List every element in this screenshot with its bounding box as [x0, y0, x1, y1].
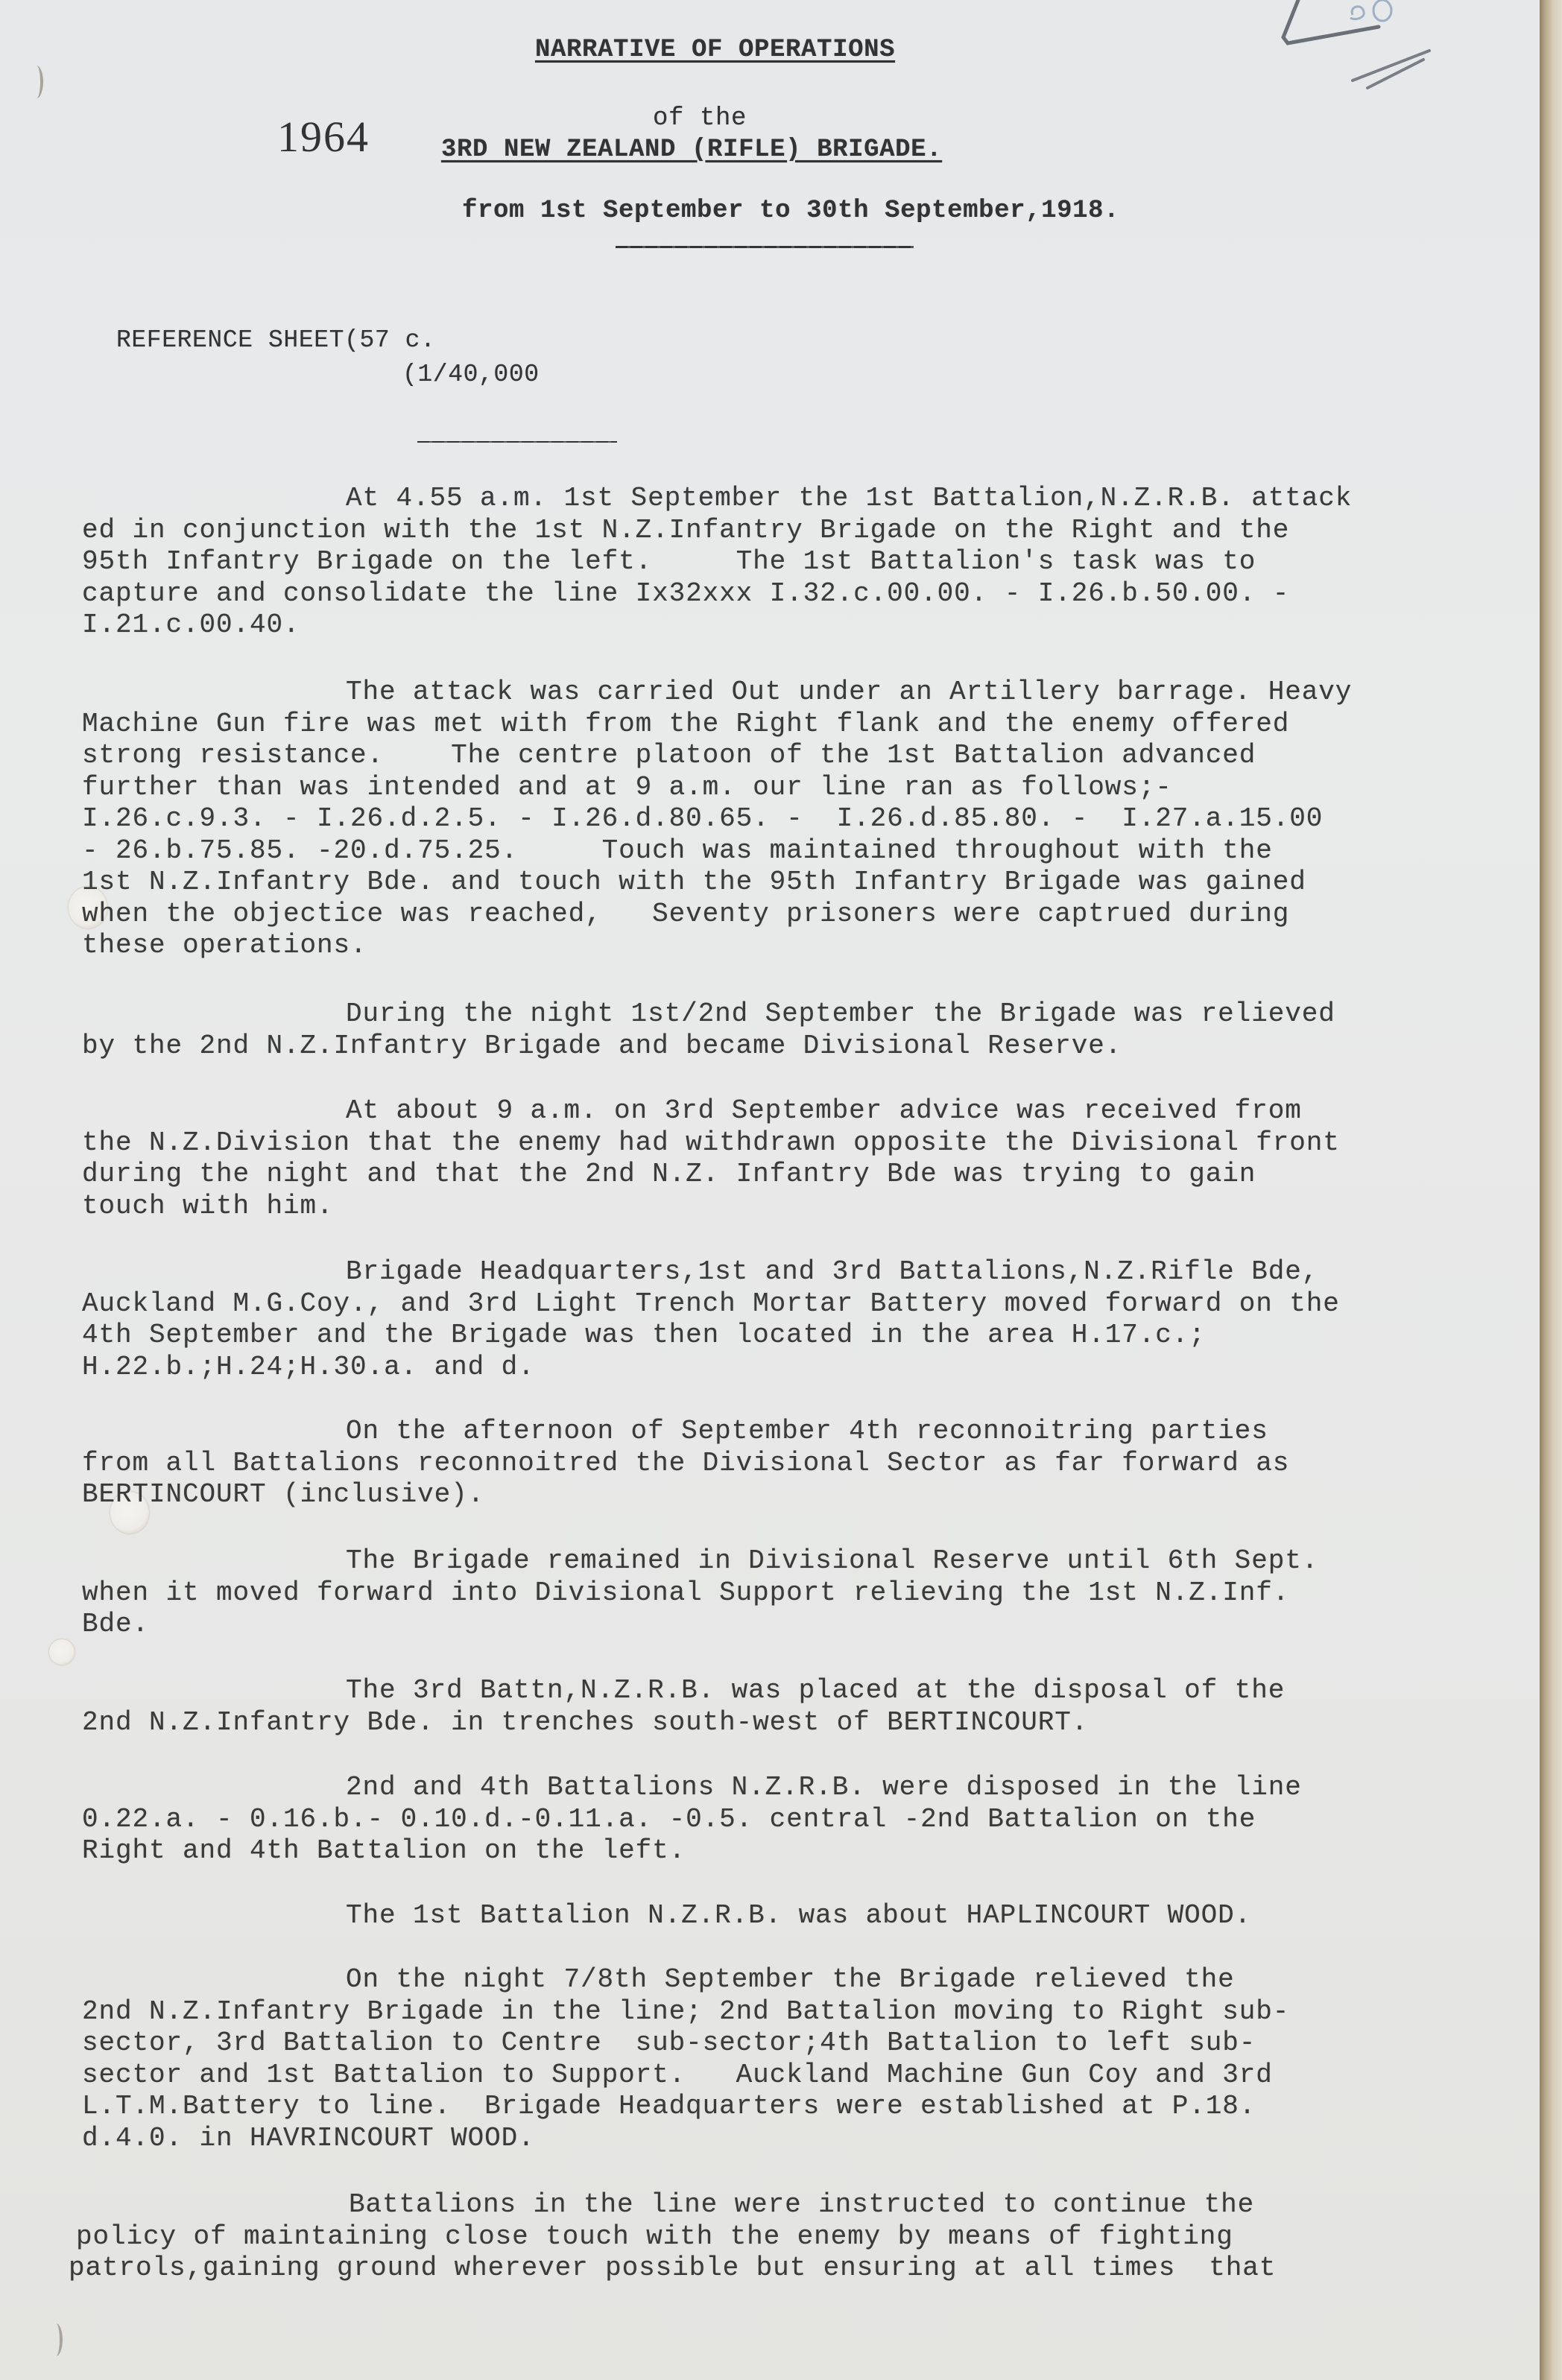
- text-line: At about 9 a.m. on 3rd September advice …: [82, 1095, 1520, 1127]
- paragraph-relief-1st-2nd: During the night 1st/2nd September the B…: [82, 998, 1520, 1062]
- text-line: d.4.0. in HAVRINCOURT WOOD.: [82, 2123, 1520, 2155]
- paragraph-2nd-4th-battalions: 2nd and 4th Battalions N.Z.R.B. were dis…: [82, 1772, 1520, 1867]
- text-line: Right and 4th Battalion on the left.: [82, 1835, 1520, 1867]
- pencil-annotation-icon: [1267, 0, 1461, 97]
- text-line: by the 2nd N.Z.Infantry Brigade and beca…: [82, 1031, 1520, 1063]
- text-line: 2nd N.Z.Infantry Brigade in the line; 2n…: [82, 1996, 1520, 2028]
- text-line: these operations.: [82, 930, 1520, 962]
- text-line: when the objectice was reached, Seventy …: [82, 899, 1520, 931]
- text-line: policy of maintaining close touch with t…: [69, 2221, 1507, 2253]
- text-line: during the night and that the 2nd N.Z. I…: [82, 1159, 1520, 1191]
- document-number: 1964: [277, 112, 370, 162]
- text-line: 95th Infantry Brigade on the left. The 1…: [82, 546, 1520, 578]
- paragraph-divisional-support: The Brigade remained in Divisional Reser…: [82, 1545, 1520, 1641]
- text-line: 0.22.a. - 0.16.b.- 0.10.d.-0.11.a. -0.5.…: [82, 1804, 1520, 1836]
- text-line: The 3rd Battn,N.Z.R.B. was placed at the…: [82, 1675, 1520, 1707]
- paragraph-1st-battalion: The 1st Battalion N.Z.R.B. was about HAP…: [82, 1900, 1520, 1932]
- text-line: from all Battalions reconnoitred the Div…: [82, 1448, 1520, 1480]
- text-line: On the afternoon of September 4th reconn…: [82, 1416, 1520, 1448]
- text-line: sector and 1st Battalion to Support. Auc…: [82, 2060, 1520, 2092]
- text-line: 1st N.Z.Infantry Bde. and touch with the…: [82, 867, 1520, 899]
- text-line: when it moved forward into Divisional Su…: [82, 1577, 1520, 1610]
- paragraph-night-7-8: On the night 7/8th September the Brigade…: [82, 1964, 1520, 2154]
- paragraph-reconnaissance: On the afternoon of September 4th reconn…: [82, 1416, 1520, 1511]
- text-line: I.21.c.00.40.: [82, 610, 1520, 642]
- paragraph-enemy-withdrawal: At about 9 a.m. on 3rd September advice …: [82, 1095, 1520, 1222]
- text-line: Auckland M.G.Coy., and 3rd Light Trench …: [82, 1288, 1520, 1320]
- punch-mark-top: [30, 66, 43, 98]
- text-line: BERTINCOURT (inclusive).: [82, 1479, 1520, 1511]
- document-title: NARRATIVE OF OPERATIONS: [535, 34, 895, 66]
- paragraph-battalion-instructions: Battalions in the line were instructed t…: [69, 2189, 1507, 2285]
- paragraph-3rd-battalion: The 3rd Battn,N.Z.R.B. was placed at the…: [82, 1675, 1520, 1738]
- date-range: from 1st September to 30th September,191…: [462, 195, 1119, 227]
- text-line: Battalions in the line were instructed t…: [69, 2189, 1507, 2221]
- text-line: I.26.c.9.3. - I.26.d.2.5. - I.26.d.80.65…: [82, 803, 1520, 835]
- text-line: Bde.: [82, 1609, 1520, 1641]
- document-page: NARRATIVE OF OPERATIONS 1964 of the 3RD …: [0, 0, 1540, 2380]
- unit-name: 3RD NEW ZEALAND (RIFLE) BRIGADE.: [441, 134, 942, 165]
- text-line: 2nd and 4th Battalions N.Z.R.B. were dis…: [82, 1772, 1520, 1804]
- text-line: At 4.55 a.m. 1st September the 1st Batta…: [82, 483, 1520, 515]
- header-divider: [616, 246, 914, 248]
- paragraph-hq-move: Brigade Headquarters,1st and 3rd Battali…: [82, 1256, 1520, 1383]
- text-line: further than was intended and at 9 a.m. …: [82, 772, 1520, 804]
- text-line: the N.Z.Division that the enemy had with…: [82, 1127, 1520, 1159]
- text-line: On the night 7/8th September the Brigade…: [82, 1964, 1520, 1996]
- text-line: 2nd N.Z.Infantry Bde. in trenches south-…: [82, 1707, 1520, 1739]
- reference-sheet: REFERENCE SHEET(57 c.: [116, 325, 435, 356]
- paragraph-artillery-barrage: The attack was carried Out under an Arti…: [82, 677, 1520, 962]
- text-line: ed in conjunction with the 1st N.Z.Infan…: [82, 515, 1520, 547]
- reference-divider: [417, 441, 617, 443]
- text-line: Brigade Headquarters,1st and 3rd Battali…: [82, 1256, 1520, 1288]
- text-line: H.22.b.;H.24;H.30.a. and d.: [82, 1352, 1520, 1384]
- text-line: The Brigade remained in Divisional Reser…: [82, 1545, 1520, 1577]
- text-line: During the night 1st/2nd September the B…: [82, 998, 1520, 1031]
- text-line: touch with him.: [82, 1191, 1520, 1223]
- subtitle-of-the: of the: [653, 103, 747, 134]
- text-line: sector, 3rd Battalion to Centre sub-sect…: [82, 2028, 1520, 2060]
- punch-hole-3: [49, 1639, 75, 1665]
- text-line: - 26.b.75.85. -20.d.75.25. Touch was mai…: [82, 835, 1520, 867]
- text-line: capture and consolidate the line Ix32xxx…: [82, 578, 1520, 610]
- punch-mark-bottom: [49, 2323, 63, 2356]
- text-line: L.T.M.Battery to line. Brigade Headquart…: [82, 2091, 1520, 2123]
- text-line: strong resistance. The centre platoon of…: [82, 740, 1520, 772]
- text-line: 4th September and the Brigade was then l…: [82, 1320, 1520, 1352]
- page-edge: [1540, 0, 1562, 2380]
- reference-scale: (1/40,000: [402, 359, 540, 390]
- paragraph-attack-1st-sept: At 4.55 a.m. 1st September the 1st Batta…: [82, 483, 1520, 642]
- text-line: patrols,gaining ground wherever possible…: [69, 2253, 1507, 2285]
- text-line: Machine Gun fire was met with from the R…: [82, 709, 1520, 741]
- text-line: The attack was carried Out under an Arti…: [82, 677, 1520, 709]
- text-line: The 1st Battalion N.Z.R.B. was about HAP…: [82, 1900, 1520, 1932]
